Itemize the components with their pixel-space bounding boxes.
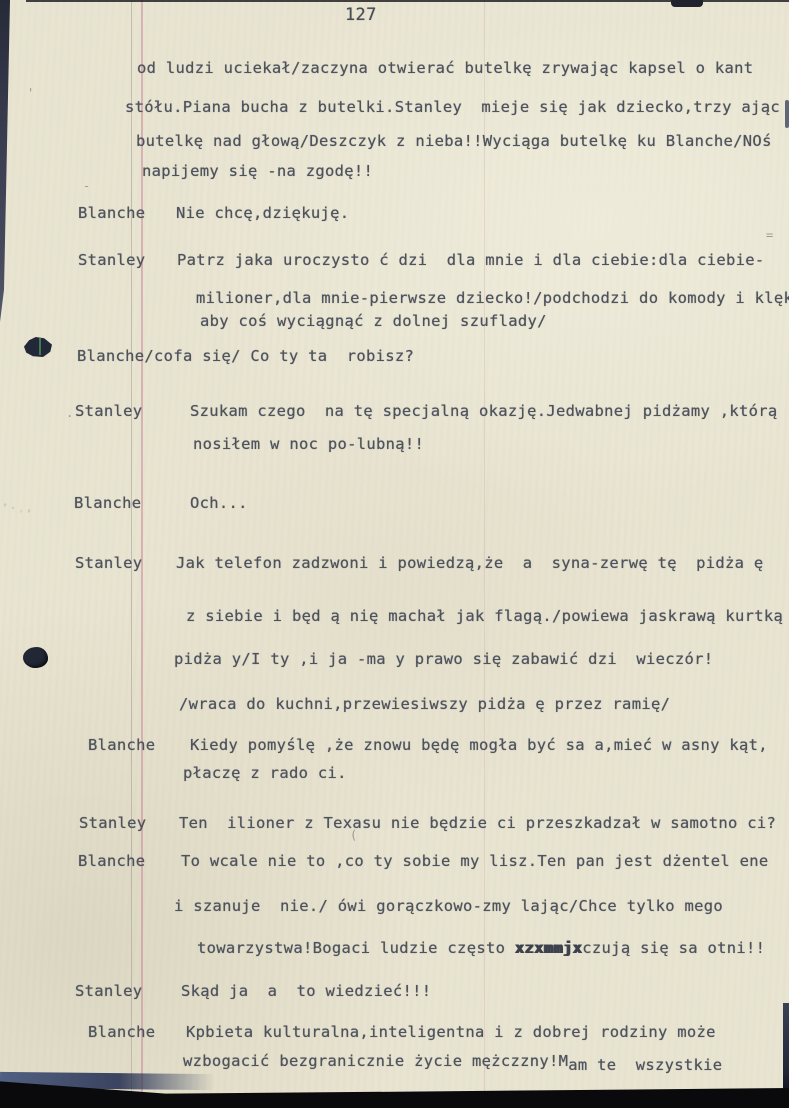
text-segment: wzbogacić bezgranicznie życie mężczzny!M bbox=[183, 1052, 568, 1070]
stray-ink-mark: ( bbox=[350, 828, 357, 842]
dialogue-line: Ten ilioner z Texasu nie będzie ci przes… bbox=[179, 813, 776, 833]
speaker-name: Blanche bbox=[78, 851, 145, 871]
dialogue-line: z siebie i będ ą nię machał jak flagą./p… bbox=[186, 606, 783, 626]
stray-ink-mark: = bbox=[766, 228, 773, 242]
dialogue-line: nosiłem w noc po-lubną!! bbox=[193, 434, 424, 454]
dialogue-line: Och... bbox=[190, 493, 248, 513]
dialogue-line: Patrz jaka uroczysto ć dzi dla mnie i dl… bbox=[177, 250, 765, 270]
dialogue-line: pidża y/I ty ,i ja -ma y prawo się zabaw… bbox=[174, 649, 713, 669]
dialogue-line: To wcale nie to ,co ty sobie my lisz.Ten… bbox=[181, 851, 769, 871]
stray-ink-mark: ' bbox=[27, 86, 34, 100]
dialogue-line: płaczę z rado ci. bbox=[183, 763, 347, 783]
scanned-typescript-page: { "page_number": "127", "document_type":… bbox=[0, 0, 789, 1108]
text-segment: czują się sa otni!! bbox=[582, 939, 765, 957]
typescript-body: 127od ludzi uciekał/zaczyna otwierać but… bbox=[0, 0, 789, 1108]
speaker-name: Blanche bbox=[74, 493, 141, 513]
dialogue-line: Skąd ja a to wiedzieć!!! bbox=[181, 981, 431, 1001]
dialogue-line: towarzystwa!Bogaci ludzie często xzxmmjx… bbox=[197, 938, 765, 958]
stage-direction-line: butelkę nad głową/Deszczyk z nieba!!Wyci… bbox=[136, 131, 772, 151]
dialogue-line: aby coś wyciągnąć z dolnej szuflady/ bbox=[200, 311, 547, 331]
speaker-name: Blanche bbox=[78, 203, 145, 223]
dialogue-line: Kiedy pomyślę ,że znowu będę mogła być s… bbox=[190, 735, 768, 755]
dialogue-line: Szukam czego na tę specjalną okazję.Jedw… bbox=[190, 401, 778, 421]
speaker-name: Stanley bbox=[75, 553, 142, 573]
dialogue-line: Nie chcę,dziękuję. bbox=[176, 203, 349, 223]
dialogue-line: /wraca do kuchni,przewiesiwszy pidża ę p… bbox=[179, 694, 670, 714]
page-number: 127 bbox=[345, 5, 377, 25]
stage-direction-line: stółu.Piana bucha z butelki.Stanley miej… bbox=[125, 97, 780, 117]
dialogue-line: wzbogacić bezgranicznie życie mężczzny!M… bbox=[183, 1051, 722, 1071]
text-segment: towarzystwa!Bogaci ludzie często bbox=[197, 939, 515, 957]
dialogue-line: Kpbieta kulturalna,inteligentna i z dobr… bbox=[186, 1022, 716, 1042]
dialogue-line: milioner,dla mnie-pierwsze dziecko!/podc… bbox=[196, 288, 789, 308]
stray-ink-mark: . bbox=[66, 406, 73, 420]
speaker-name: Stanley bbox=[79, 813, 146, 833]
dialogue-line: i szanuje nie./ ówi gorączkowo-zmy lając… bbox=[174, 896, 723, 916]
stage-direction-line: od ludzi uciekał/zaczyna otwierać butelk… bbox=[137, 58, 753, 78]
speaker-name: Stanley bbox=[75, 401, 142, 421]
text-segment: am te wszystkie bbox=[568, 1055, 722, 1075]
speaker-name: Blanche bbox=[88, 1022, 155, 1042]
speaker-name: Stanley bbox=[78, 250, 145, 270]
stray-ink-mark: - bbox=[83, 179, 90, 193]
speaker-stage-line: Blanche/cofa się/ Co ty ta robisz? bbox=[77, 346, 414, 366]
dialogue-line: Jak telefon zadzwoni i powiedzą,że a syn… bbox=[176, 553, 764, 573]
speaker-name: Blanche bbox=[88, 735, 155, 755]
stage-direction-line: napijemy się -na zgodę!! bbox=[142, 161, 373, 181]
speaker-name: Stanley bbox=[75, 981, 142, 1001]
text-segment: xzxmmjx bbox=[515, 939, 582, 957]
